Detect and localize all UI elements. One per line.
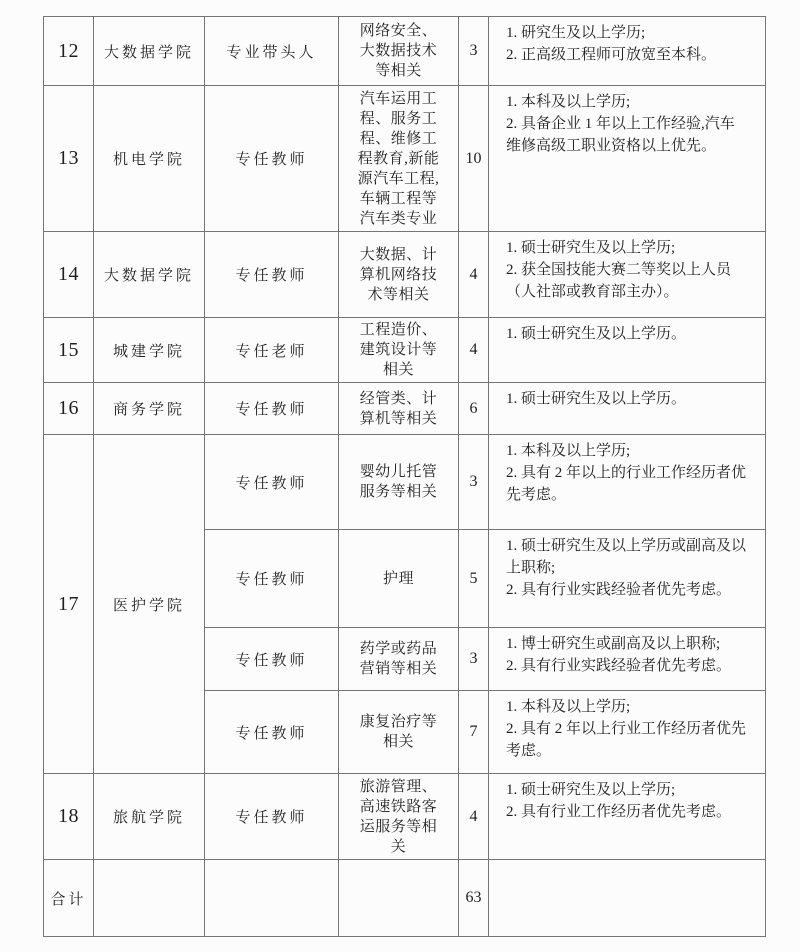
requirement-item: 1. 硕士研究生及以上学历; [506, 779, 747, 801]
requirement-item: 2. 获全国技能大赛二等奖以上人员（人社部或教育部主办）。 [506, 259, 747, 303]
table-row: 18 旅航学院 专任教师 旅游管理、高速铁路客运服务等相关 4 1. 硕士研究生… [44, 774, 766, 860]
count-cell: 5 [459, 530, 489, 628]
requirements-cell: 1. 硕士研究生及以上学历或副高及以上职称; 2. 具有行业实践经验者优先考虑。 [489, 530, 766, 628]
position-cell: 专任教师 [205, 86, 339, 232]
requirements-cell: 1. 硕士研究生及以上学历。 [489, 383, 766, 435]
count-cell: 7 [459, 691, 489, 774]
requirements-cell: 1. 本科及以上学历; 2. 具有 2 年以上行业工作经历者优先考虑。 [489, 691, 766, 774]
requirement-item: 2. 具有行业实践经验者优先考虑。 [506, 579, 747, 601]
table-row: 12 大数据学院 专业带头人 网络安全、大数据技术等相关 3 1. 研究生及以上… [44, 17, 766, 86]
college-cell: 旅航学院 [94, 774, 205, 860]
requirements-cell: 1. 本科及以上学历; 2. 具备企业 1 年以上工作经验,汽车维修高级工职业资… [489, 86, 766, 232]
requirement-item: 1. 本科及以上学历; [506, 440, 747, 462]
college-cell: 大数据学院 [94, 17, 205, 86]
majors-cell: 药学或药品营销等相关 [339, 628, 459, 691]
requirements-cell: 1. 硕士研究生及以上学历; 2. 具有行业工作经历者优先考虑。 [489, 774, 766, 860]
majors-cell: 网络安全、大数据技术等相关 [339, 17, 459, 86]
requirements-cell: 1. 研究生及以上学历; 2. 正高级工程师可放宽至本科。 [489, 17, 766, 86]
requirement-item: 1. 硕士研究生及以上学历。 [506, 388, 747, 410]
count-cell: 6 [459, 383, 489, 435]
majors-cell: 旅游管理、高速铁路客运服务等相关 [339, 774, 459, 860]
empty-cell [205, 860, 339, 937]
position-cell: 专任教师 [205, 530, 339, 628]
empty-cell [489, 860, 766, 937]
majors-cell: 经管类、计算机等相关 [339, 383, 459, 435]
position-cell: 专任老师 [205, 318, 339, 383]
majors-cell: 工程造价、建筑设计等相关 [339, 318, 459, 383]
college-cell: 大数据学院 [94, 232, 205, 318]
requirement-item: 2. 具有 2 年以上的行业工作经历者优先考虑。 [506, 462, 747, 506]
requirement-item: 1. 硕士研究生及以上学历。 [506, 323, 747, 345]
requirement-item: 1. 本科及以上学历; [506, 91, 747, 113]
college-cell: 机电学院 [94, 86, 205, 232]
total-count-cell: 63 [459, 860, 489, 937]
row-number-cell: 18 [44, 774, 94, 860]
count-cell: 10 [459, 86, 489, 232]
requirement-item: 2. 正高级工程师可放宽至本科。 [506, 44, 747, 66]
college-cell: 商务学院 [94, 383, 205, 435]
college-cell: 城建学院 [94, 318, 205, 383]
table-row: 14 大数据学院 专任教师 大数据、计算机网络技术等相关 4 1. 硕士研究生及… [44, 232, 766, 318]
row-number-cell: 12 [44, 17, 94, 86]
total-label-cell: 合计 [44, 860, 94, 937]
majors-cell: 护理 [339, 530, 459, 628]
position-cell: 专任教师 [205, 435, 339, 530]
position-cell: 专任教师 [205, 691, 339, 774]
majors-cell: 婴幼儿托管服务等相关 [339, 435, 459, 530]
count-cell: 4 [459, 774, 489, 860]
requirements-cell: 1. 本科及以上学历; 2. 具有 2 年以上的行业工作经历者优先考虑。 [489, 435, 766, 530]
majors-cell: 汽车运用工程、服务工程、维修工程教育,新能源汽车工程,车辆工程等汽车类专业 [339, 86, 459, 232]
count-cell: 3 [459, 435, 489, 530]
document-page: 12 大数据学院 专业带头人 网络安全、大数据技术等相关 3 1. 研究生及以上… [0, 0, 800, 952]
table-row-total: 合计 63 [44, 860, 766, 937]
position-cell: 专任教师 [205, 628, 339, 691]
requirement-item: 1. 硕士研究生及以上学历; [506, 237, 747, 259]
requirement-item: 2. 具有行业工作经历者优先考虑。 [506, 801, 747, 823]
position-cell: 专任教师 [205, 383, 339, 435]
count-cell: 3 [459, 17, 489, 86]
count-cell: 4 [459, 232, 489, 318]
requirements-cell: 1. 硕士研究生及以上学历。 [489, 318, 766, 383]
row-number-cell: 17 [44, 435, 94, 774]
requirement-item: 1. 硕士研究生及以上学历或副高及以上职称; [506, 535, 747, 579]
position-cell: 专任教师 [205, 774, 339, 860]
majors-cell: 大数据、计算机网络技术等相关 [339, 232, 459, 318]
row-number-cell: 16 [44, 383, 94, 435]
requirement-item: 2. 具备企业 1 年以上工作经验,汽车维修高级工职业资格以上优先。 [506, 113, 747, 157]
row-number-cell: 13 [44, 86, 94, 232]
table-row: 17 医护学院 专任教师 婴幼儿托管服务等相关 3 1. 本科及以上学历; 2.… [44, 435, 766, 530]
requirement-item: 2. 具有 2 年以上行业工作经历者优先考虑。 [506, 718, 747, 762]
row-number-cell: 15 [44, 318, 94, 383]
college-cell: 医护学院 [94, 435, 205, 774]
table-row: 16 商务学院 专任教师 经管类、计算机等相关 6 1. 硕士研究生及以上学历。 [44, 383, 766, 435]
requirement-item: 1. 本科及以上学历; [506, 696, 747, 718]
requirement-item: 1. 研究生及以上学历; [506, 22, 747, 44]
recruitment-table: 12 大数据学院 专业带头人 网络安全、大数据技术等相关 3 1. 研究生及以上… [43, 16, 766, 937]
requirements-cell: 1. 硕士研究生及以上学历; 2. 获全国技能大赛二等奖以上人员（人社部或教育部… [489, 232, 766, 318]
requirement-item: 1. 博士研究生或副高及以上职称; [506, 633, 747, 655]
table-row: 15 城建学院 专任老师 工程造价、建筑设计等相关 4 1. 硕士研究生及以上学… [44, 318, 766, 383]
count-cell: 3 [459, 628, 489, 691]
majors-cell: 康复治疗等相关 [339, 691, 459, 774]
requirement-item: 2. 具有行业实践经验者优先考虑。 [506, 655, 747, 677]
requirements-cell: 1. 博士研究生或副高及以上职称; 2. 具有行业实践经验者优先考虑。 [489, 628, 766, 691]
empty-cell [339, 860, 459, 937]
position-cell: 专任教师 [205, 232, 339, 318]
position-cell: 专业带头人 [205, 17, 339, 86]
count-cell: 4 [459, 318, 489, 383]
row-number-cell: 14 [44, 232, 94, 318]
empty-cell [94, 860, 205, 937]
table-row: 13 机电学院 专任教师 汽车运用工程、服务工程、维修工程教育,新能源汽车工程,… [44, 86, 766, 232]
